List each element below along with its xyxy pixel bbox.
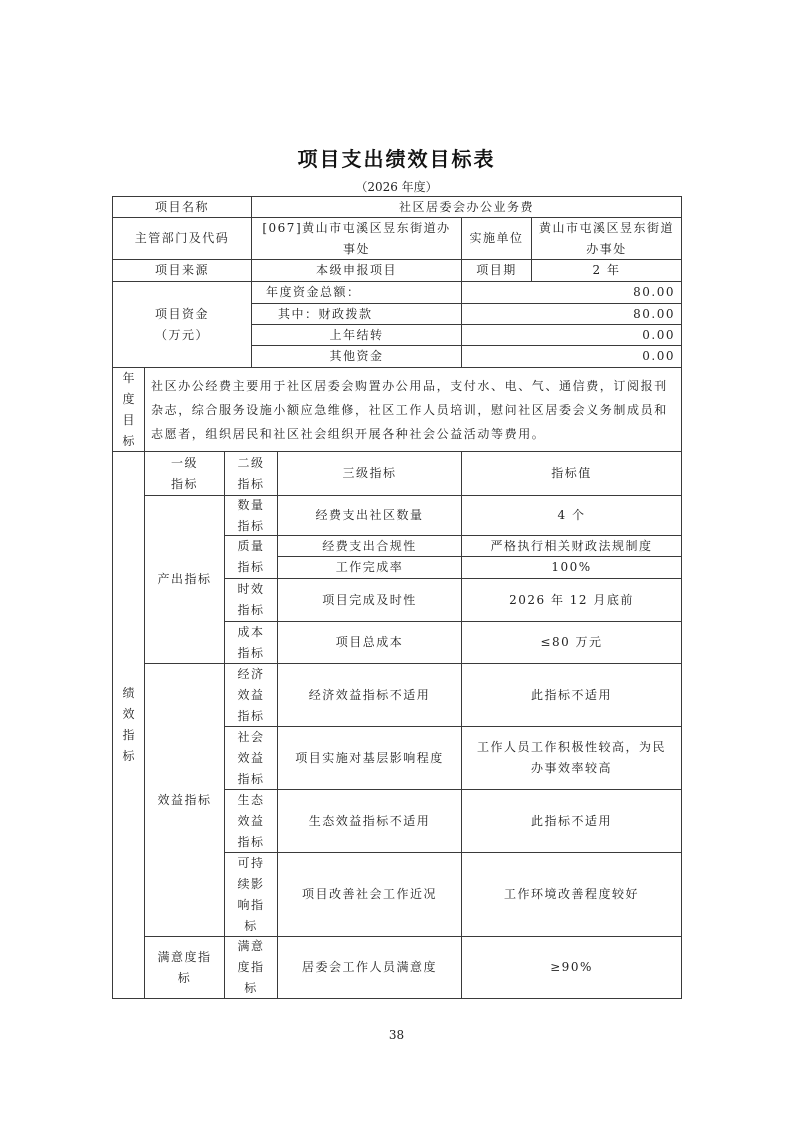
value-cell: 严格执行相关财政法规制度: [461, 535, 682, 557]
annual-goal-label: 年度目标: [112, 367, 145, 452]
year-subtitle: （2026 年度）: [0, 178, 793, 195]
value-cell: ≤80 万元: [461, 621, 682, 664]
dept-value: [067]黄山市屯溪区昱东街道办事处: [251, 217, 462, 260]
level3-cell: 经费支出合规性: [277, 535, 462, 557]
source-label: 项目来源: [112, 259, 252, 282]
value-cell: 此指标不适用: [461, 663, 682, 727]
value-cell: 工作人员工作积极性较高，为民办事效率较高: [461, 726, 682, 790]
level2-cell: 数量指标: [224, 495, 278, 536]
page-title: 项目支出绩效目标表: [0, 143, 793, 172]
header-value: 指标值: [461, 451, 682, 496]
period-value: 2 年: [531, 259, 682, 282]
level2-cell: 成本指标: [224, 621, 278, 664]
level3-cell: 项目实施对基层影响程度: [277, 726, 462, 790]
value-cell: 2026 年 12 月底前: [461, 578, 682, 622]
source-value: 本级申报项目: [251, 259, 462, 282]
header-level1: 一级指标: [144, 451, 225, 496]
level3-cell: 居委会工作人员满意度: [277, 936, 462, 999]
funds-label-line2: （万元）: [155, 325, 209, 346]
header-level3: 三级指标: [277, 451, 462, 496]
level3-cell: 项目改善社会工作近况: [277, 852, 462, 937]
funds-row-label: 其他资金: [251, 345, 462, 368]
funds-row-label: 上年结转: [251, 324, 462, 346]
value-cell: 工作环境改善程度较好: [461, 852, 682, 937]
level1-output: 产出指标: [144, 495, 225, 664]
level2-cell: 质量指标: [224, 535, 278, 579]
funds-label: 项目资金 （万元）: [112, 281, 252, 368]
annual-goal-text: 社区办公经费主要用于社区居委会购置办公用品，支付水、电、气、通信费，订阅报刊杂志…: [144, 367, 682, 452]
funds-row-value: 80.00: [461, 303, 682, 325]
level1-satisfaction: 满意度指标: [144, 936, 225, 999]
level2-cell: 时效指标: [224, 578, 278, 622]
value-cell: ≥90%: [461, 936, 682, 999]
level2-cell: 满意度指标: [224, 936, 278, 999]
value-cell: 此指标不适用: [461, 789, 682, 853]
impl-unit-label: 实施单位: [461, 217, 532, 260]
impl-unit-value: 黄山市屯溪区昱东街道办事处: [531, 217, 682, 260]
level3-cell: 经济效益指标不适用: [277, 663, 462, 727]
level3-cell: 生态效益指标不适用: [277, 789, 462, 853]
dept-label: 主管部门及代码: [112, 217, 252, 260]
level3-cell: 项目总成本: [277, 621, 462, 664]
level1-benefit: 效益指标: [144, 663, 225, 937]
funds-label-line1: 项目资金: [155, 304, 209, 325]
funds-row-value: 0.00: [461, 324, 682, 346]
funds-row-value: 0.00: [461, 345, 682, 368]
level2-cell: 生态效益指标: [224, 789, 278, 853]
value-cell: 4 个: [461, 495, 682, 536]
page-number: 38: [0, 1028, 793, 1042]
funds-row-value: 80.00: [461, 281, 682, 304]
period-label: 项目期: [461, 259, 532, 282]
project-name-value: 社区居委会办公业务费: [251, 196, 682, 218]
level3-cell: 工作完成率: [277, 556, 462, 579]
funds-row-label: 年度资金总额：: [251, 281, 462, 304]
level2-cell: 可持续影响指标: [224, 852, 278, 937]
header-level2: 二级指标: [224, 451, 278, 496]
level3-cell: 项目完成及时性: [277, 578, 462, 622]
funds-row-label: 其中：财政拨款: [251, 303, 462, 325]
level2-cell: 经济效益指标: [224, 663, 278, 727]
level3-cell: 经费支出社区数量: [277, 495, 462, 536]
indicators-section-label: 绩效指标: [112, 451, 145, 999]
value-cell: 100%: [461, 556, 682, 579]
level2-cell: 社会效益指标: [224, 726, 278, 790]
project-name-label: 项目名称: [112, 196, 252, 218]
